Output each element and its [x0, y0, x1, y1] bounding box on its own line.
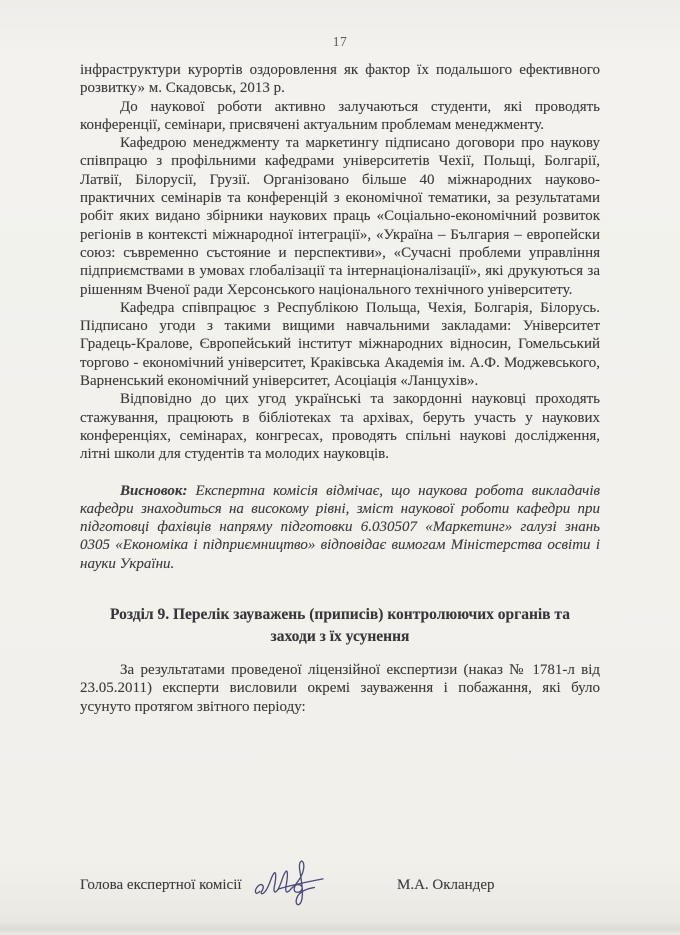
- paragraph-license-expertise: За результатами проведеної ліцензійної е…: [80, 661, 600, 716]
- scanned-document-page: 17 інфраструктури курортів оздоровлення …: [0, 0, 680, 935]
- handwritten-signature-icon: [252, 853, 330, 911]
- signature-block: Голова експертної комісії М.А. Окландер: [80, 853, 600, 915]
- page-content: 17 інфраструктури курортів оздоровлення …: [0, 0, 680, 716]
- commission-head-label: Голова експертної комісії: [80, 877, 242, 894]
- page-number: 17: [80, 34, 600, 50]
- section-heading-line2: заходи з їх усунення: [271, 628, 410, 645]
- paragraph-partner-universities: Кафедра співпрацює з Республікою Польща,…: [80, 299, 600, 390]
- conclusion-label: Висновок:: [120, 483, 187, 499]
- signer-name: М.А. Окландер: [397, 877, 495, 894]
- paragraph-students: До наукової роботи активно залучаються с…: [80, 98, 600, 135]
- section-9-heading: Розділ 9. Перелік зауважень (приписів) к…: [80, 604, 600, 648]
- paragraph-continuation: інфраструктури курортів оздоровлення як …: [80, 61, 600, 98]
- paragraph-cooperation-agreements: Кафедрою менеджменту та маркетингу підпи…: [80, 134, 600, 299]
- section-heading-line1: Розділ 9. Перелік зауважень (приписів) к…: [110, 606, 570, 623]
- conclusion-paragraph: Висновок: Експертна комісія відмічає, що…: [80, 482, 600, 573]
- paragraph-internships: Відповідно до цих угод українські та зак…: [80, 390, 600, 463]
